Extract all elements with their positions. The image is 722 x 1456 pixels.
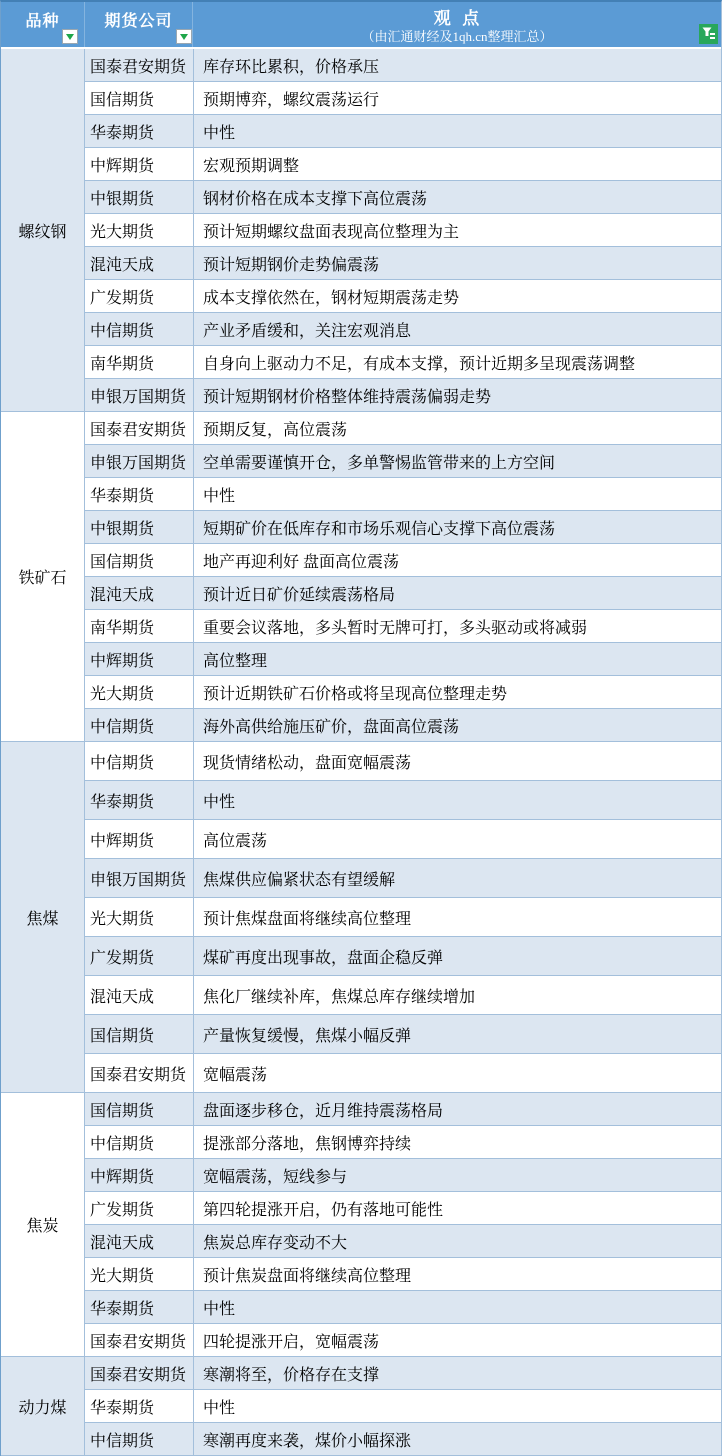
- opinion-cell: 高位震荡: [193, 820, 721, 858]
- table-row: 国信期货 产量恢复缓慢，焦煤小幅反弹: [85, 1015, 721, 1054]
- table-row: 中银期货 钢材价格在成本支撑下高位震荡: [85, 181, 721, 214]
- company-cell: 国泰君安期货: [85, 412, 193, 444]
- opinion-cell: 预计近日矿价延续震荡格局: [193, 577, 721, 609]
- opinion-cell: 焦煤供应偏紧状态有望缓解: [193, 859, 721, 897]
- company-cell: 中信期货: [85, 1423, 193, 1455]
- variety-section: 焦煤 中信期货 现货情绪松动，盘面宽幅震荡 华泰期货 中性 中辉期货 高位震荡 …: [1, 742, 721, 1093]
- company-cell: 光大期货: [85, 1258, 193, 1290]
- company-cell: 国信期货: [85, 1093, 193, 1125]
- company-cell: 光大期货: [85, 898, 193, 936]
- variety-section: 铁矿石 国泰君安期货 预期反复，高位震荡 申银万国期货 空单需要谨慎开仓，多单警…: [1, 412, 721, 742]
- opinion-cell: 寒潮再度来袭，煤价小幅探涨: [193, 1423, 721, 1455]
- section-rows: 国泰君安期货 库存环比累积，价格承压 国信期货 预期博弈，螺纹震荡运行 华泰期货…: [85, 49, 721, 412]
- variety-cell: 焦煤: [1, 742, 85, 1093]
- company-cell: 中辉期货: [85, 643, 193, 675]
- table-row: 光大期货 预计近期铁矿石价格或将呈现高位整理走势: [85, 676, 721, 709]
- variety-cell: 焦炭: [1, 1093, 85, 1357]
- table-row: 申银万国期货 焦煤供应偏紧状态有望缓解: [85, 859, 721, 898]
- opinion-cell: 钢材价格在成本支撑下高位震荡: [193, 181, 721, 213]
- opinion-cell: 焦化厂继续补库，焦煤总库存继续增加: [193, 976, 721, 1014]
- table-row: 中信期货 寒潮再度来袭，煤价小幅探涨: [85, 1423, 721, 1456]
- company-cell: 中辉期货: [85, 148, 193, 180]
- header-opinion-cell: 观 点 （由汇通财经及1qh.cn整理汇总）: [193, 2, 721, 47]
- company-cell: 中信期货: [85, 742, 193, 780]
- opinion-table: 品种 期货公司 观 点 （由汇通财经及1qh.cn整理汇总）: [0, 0, 722, 1456]
- company-cell: 申银万国期货: [85, 379, 193, 411]
- table-row: 华泰期货 中性: [85, 1390, 721, 1423]
- table-row: 中辉期货 宏观预期调整: [85, 148, 721, 181]
- company-cell: 混沌天成: [85, 1225, 193, 1257]
- company-cell: 中银期货: [85, 181, 193, 213]
- section-rows: 国泰君安期货 寒潮将至，价格存在支撑 华泰期货 中性 中信期货 寒潮再度来袭，煤…: [85, 1357, 721, 1456]
- opinion-cell: 成本支撑依然在，钢材短期震荡走势: [193, 280, 721, 312]
- variety-section: 焦炭 国信期货 盘面逐步移仓，近月维持震荡格局 中信期货 提涨部分落地，焦钢博弈…: [1, 1093, 721, 1357]
- opinion-cell: 空单需要谨慎开仓，多单警惕监管带来的上方空间: [193, 445, 721, 477]
- table-row: 南华期货 自身向上驱动力不足，有成本支撑，预计近期多呈现震荡调整: [85, 346, 721, 379]
- company-cell: 国泰君安期货: [85, 1357, 193, 1389]
- opinion-cell: 预计近期铁矿石价格或将呈现高位整理走势: [193, 676, 721, 708]
- company-cell: 光大期货: [85, 214, 193, 246]
- opinion-cell: 预计短期钢价走势偏震荡: [193, 247, 721, 279]
- company-cell: 混沌天成: [85, 976, 193, 1014]
- section-rows: 国泰君安期货 预期反复，高位震荡 申银万国期货 空单需要谨慎开仓，多单警惕监管带…: [85, 412, 721, 742]
- company-cell: 南华期货: [85, 610, 193, 642]
- opinion-cell: 第四轮提涨开启，仍有落地可能性: [193, 1192, 721, 1224]
- table-row: 中信期货 现货情绪松动，盘面宽幅震荡: [85, 742, 721, 781]
- table-row: 中信期货 海外高供给施压矿价，盘面高位震荡: [85, 709, 721, 742]
- opinion-source-subtitle: （由汇通财经及1qh.cn整理汇总）: [361, 29, 552, 45]
- table-row: 华泰期货 中性: [85, 1291, 721, 1324]
- company-cell: 华泰期货: [85, 478, 193, 510]
- opinion-cell: 预计焦煤盘面将继续高位整理: [193, 898, 721, 936]
- table-row: 国信期货 地产再迎利好 盘面高位震荡: [85, 544, 721, 577]
- company-cell: 国信期货: [85, 1015, 193, 1053]
- opinion-cell: 产业矛盾缓和，关注宏观消息: [193, 313, 721, 345]
- table-row: 光大期货 预计短期螺纹盘面表现高位整理为主: [85, 214, 721, 247]
- section-rows: 国信期货 盘面逐步移仓，近月维持震荡格局 中信期货 提涨部分落地，焦钢博弈持续 …: [85, 1093, 721, 1357]
- variety-filter-dropdown-button[interactable]: [62, 29, 78, 44]
- company-cell: 中辉期货: [85, 820, 193, 858]
- opinion-cell: 库存环比累积，价格承压: [193, 49, 721, 81]
- company-cell: 广发期货: [85, 1192, 193, 1224]
- table-row: 国泰君安期货 库存环比累积，价格承压: [85, 49, 721, 82]
- table-body: 螺纹钢 国泰君安期货 库存环比累积，价格承压 国信期货 预期博弈，螺纹震荡运行 …: [1, 49, 721, 1456]
- chevron-down-icon: [180, 34, 188, 40]
- company-cell: 国信期货: [85, 544, 193, 576]
- company-cell: 中信期货: [85, 709, 193, 741]
- company-cell: 中信期货: [85, 313, 193, 345]
- table-row: 光大期货 预计焦煤盘面将继续高位整理: [85, 898, 721, 937]
- table-row: 混沌天成 预计近日矿价延续震荡格局: [85, 577, 721, 610]
- opinion-cell: 海外高供给施压矿价，盘面高位震荡: [193, 709, 721, 741]
- opinion-cell: 预计短期螺纹盘面表现高位整理为主: [193, 214, 721, 246]
- table-row: 华泰期货 中性: [85, 115, 721, 148]
- table-row: 中信期货 提涨部分落地，焦钢博弈持续: [85, 1126, 721, 1159]
- table-row: 国信期货 预期博弈，螺纹震荡运行: [85, 82, 721, 115]
- opinion-cell: 现货情绪松动，盘面宽幅震荡: [193, 742, 721, 780]
- opinion-cell: 宽幅震荡: [193, 1054, 721, 1092]
- table-row: 南华期货 重要会议落地，多头暂时无牌可打，多头驱动或将减弱: [85, 610, 721, 643]
- variety-section: 螺纹钢 国泰君安期货 库存环比累积，价格承压 国信期货 预期博弈，螺纹震荡运行 …: [1, 49, 721, 412]
- company-cell: 混沌天成: [85, 247, 193, 279]
- table-row: 光大期货 预计焦炭盘面将继续高位整理: [85, 1258, 721, 1291]
- company-cell: 国泰君安期货: [85, 49, 193, 81]
- variety-cell: 动力煤: [1, 1357, 85, 1456]
- company-cell: 中信期货: [85, 1126, 193, 1158]
- company-cell: 华泰期货: [85, 1291, 193, 1323]
- company-cell: 申银万国期货: [85, 445, 193, 477]
- table-row: 国泰君安期货 寒潮将至，价格存在支撑: [85, 1357, 721, 1390]
- company-cell: 华泰期货: [85, 781, 193, 819]
- company-cell: 南华期货: [85, 346, 193, 378]
- company-cell: 国信期货: [85, 82, 193, 114]
- filter-funnel-icon[interactable]: [699, 24, 718, 44]
- opinion-cell: 提涨部分落地，焦钢博弈持续: [193, 1126, 721, 1158]
- opinion-cell: 短期矿价在低库存和市场乐观信心支撑下高位震荡: [193, 511, 721, 543]
- company-cell: 申银万国期货: [85, 859, 193, 897]
- table-row: 中辉期货 宽幅震荡，短线参与: [85, 1159, 721, 1192]
- table-row: 中辉期货 高位整理: [85, 643, 721, 676]
- table-header: 品种 期货公司 观 点 （由汇通财经及1qh.cn整理汇总）: [1, 2, 721, 49]
- table-row: 华泰期货 中性: [85, 478, 721, 511]
- table-row: 华泰期货 中性: [85, 781, 721, 820]
- table-row: 中信期货 产业矛盾缓和，关注宏观消息: [85, 313, 721, 346]
- company-filter-dropdown-button[interactable]: [176, 29, 192, 44]
- opinion-cell: 中性: [193, 781, 721, 819]
- opinion-cell: 预计短期钢材价格整体维持震荡偏弱走势: [193, 379, 721, 411]
- variety-cell: 螺纹钢: [1, 49, 85, 412]
- funnel-glyph: [702, 27, 715, 41]
- table-row: 国泰君安期货 预期反复，高位震荡: [85, 412, 721, 445]
- company-cell: 混沌天成: [85, 577, 193, 609]
- table-row: 广发期货 第四轮提涨开启，仍有落地可能性: [85, 1192, 721, 1225]
- opinion-cell: 地产再迎利好 盘面高位震荡: [193, 544, 721, 576]
- opinion-cell: 宽幅震荡，短线参与: [193, 1159, 721, 1191]
- opinion-cell: 中性: [193, 1390, 721, 1422]
- table-row: 混沌天成 预计短期钢价走势偏震荡: [85, 247, 721, 280]
- opinion-cell: 宏观预期调整: [193, 148, 721, 180]
- table-row: 广发期货 成本支撑依然在，钢材短期震荡走势: [85, 280, 721, 313]
- opinion-cell: 四轮提涨开启，宽幅震荡: [193, 1324, 721, 1356]
- opinion-cell: 盘面逐步移仓，近月维持震荡格局: [193, 1093, 721, 1125]
- opinion-cell: 中性: [193, 478, 721, 510]
- table-row: 申银万国期货 空单需要谨慎开仓，多单警惕监管带来的上方空间: [85, 445, 721, 478]
- company-cell: 国泰君安期货: [85, 1054, 193, 1092]
- table-row: 国信期货 盘面逐步移仓，近月维持震荡格局: [85, 1093, 721, 1126]
- opinion-cell: 产量恢复缓慢，焦煤小幅反弹: [193, 1015, 721, 1053]
- variety-column-header: 品种: [25, 8, 59, 31]
- variety-section: 动力煤 国泰君安期货 寒潮将至，价格存在支撑 华泰期货 中性 中信期货 寒潮再度…: [1, 1357, 721, 1456]
- opinion-cell: 自身向上驱动力不足，有成本支撑，预计近期多呈现震荡调整: [193, 346, 721, 378]
- opinion-cell: 中性: [193, 1291, 721, 1323]
- company-cell: 中银期货: [85, 511, 193, 543]
- company-cell: 华泰期货: [85, 1390, 193, 1422]
- table-row: 混沌天成 焦化厂继续补库，焦煤总库存继续增加: [85, 976, 721, 1015]
- table-row: 混沌天成 焦炭总库存变动不大: [85, 1225, 721, 1258]
- table-row: 中银期货 短期矿价在低库存和市场乐观信心支撑下高位震荡: [85, 511, 721, 544]
- company-cell: 中辉期货: [85, 1159, 193, 1191]
- opinion-cell: 中性: [193, 115, 721, 147]
- header-company-cell: 期货公司: [85, 2, 193, 47]
- table-row: 国泰君安期货 宽幅震荡: [85, 1054, 721, 1093]
- section-rows: 中信期货 现货情绪松动，盘面宽幅震荡 华泰期货 中性 中辉期货 高位震荡 申银万…: [85, 742, 721, 1093]
- company-cell: 华泰期货: [85, 115, 193, 147]
- opinion-column-header: 观 点: [434, 4, 481, 29]
- company-cell: 光大期货: [85, 676, 193, 708]
- company-cell: 广发期货: [85, 280, 193, 312]
- opinion-cell: 重要会议落地，多头暂时无牌可打，多头驱动或将减弱: [193, 610, 721, 642]
- table-row: 申银万国期货 预计短期钢材价格整体维持震荡偏弱走势: [85, 379, 721, 412]
- header-variety-cell: 品种: [1, 2, 85, 47]
- opinion-cell: 预计焦炭盘面将继续高位整理: [193, 1258, 721, 1290]
- chevron-down-icon: [66, 34, 74, 40]
- opinion-cell: 预期博弈，螺纹震荡运行: [193, 82, 721, 114]
- company-column-header: 期货公司: [104, 8, 172, 31]
- table-row: 中辉期货 高位震荡: [85, 820, 721, 859]
- table-row: 国泰君安期货 四轮提涨开启，宽幅震荡: [85, 1324, 721, 1357]
- table-row: 广发期货 煤矿再度出现事故，盘面企稳反弹: [85, 937, 721, 976]
- opinion-cell: 预期反复，高位震荡: [193, 412, 721, 444]
- company-cell: 广发期货: [85, 937, 193, 975]
- opinion-cell: 寒潮将至，价格存在支撑: [193, 1357, 721, 1389]
- opinion-cell: 焦炭总库存变动不大: [193, 1225, 721, 1257]
- company-cell: 国泰君安期货: [85, 1324, 193, 1356]
- opinion-cell: 高位整理: [193, 643, 721, 675]
- opinion-cell: 煤矿再度出现事故，盘面企稳反弹: [193, 937, 721, 975]
- variety-cell: 铁矿石: [1, 412, 85, 742]
